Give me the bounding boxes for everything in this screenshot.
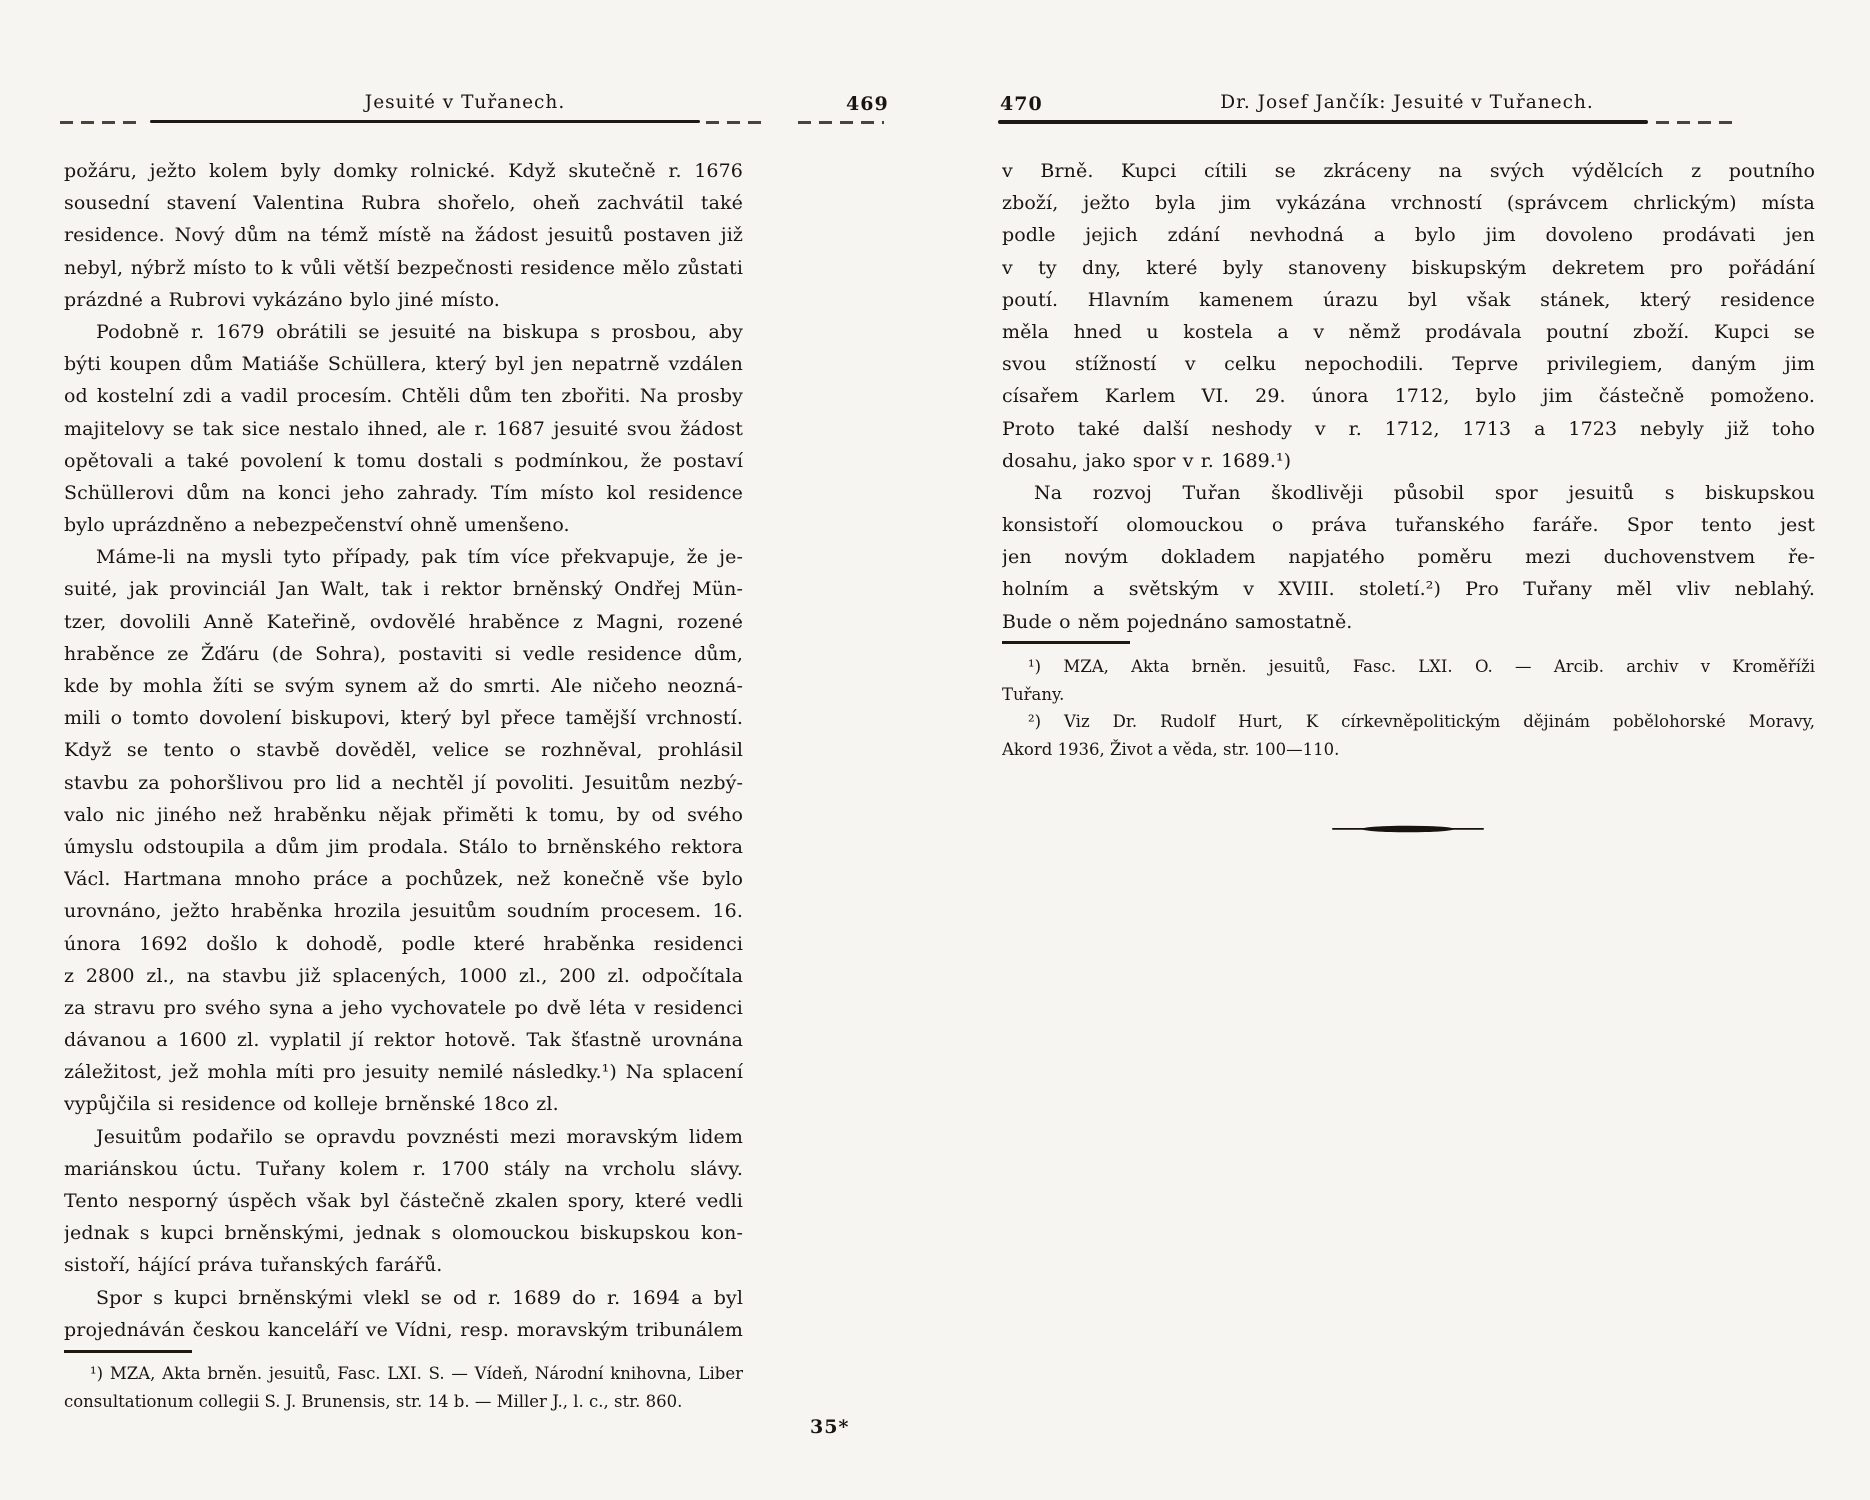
body-text-line: Proto také další neshody v r. 1712, 1713…: [1002, 414, 1815, 446]
section-end-rule: [1332, 824, 1484, 834]
body-text-line: stavbu za pohoršlivou pro lid a nechtěl …: [64, 768, 743, 800]
body-text-line: kde by mohla žíti se svým synem až do sm…: [64, 671, 743, 703]
body-text-line: Podobně r. 1679 obrátili se jesuité na b…: [64, 317, 743, 349]
body-text-line: dosahu, jako spor v r. 1689.¹): [1002, 446, 1815, 478]
right-body-text: v Brně. Kupci cítili se zkráceny na svýc…: [1002, 156, 1815, 639]
left-footnote-separator-rule: [64, 1350, 192, 1353]
body-text-line: valo nic jiného než hraběnku nějak přimě…: [64, 800, 743, 832]
body-text-line: jednak s kupci brněnskými, jednak s olom…: [64, 1218, 743, 1250]
body-text-line: svou stížností v celku nepochodili. Tepr…: [1002, 349, 1815, 381]
body-text-line: Tento nesporný úspěch však byl částečně …: [64, 1186, 743, 1218]
body-text-line: vypůjčila si residence od kolleje brněns…: [64, 1089, 743, 1121]
body-text-line: z 2800 zl., na stavbu již splacených, 10…: [64, 961, 743, 993]
right-page-number: 470: [1000, 93, 1043, 115]
body-text-line: měla hned u kostela a v němž prodávala p…: [1002, 317, 1815, 349]
body-text-line: býti koupen dům Matiáše Schüllera, který…: [64, 349, 743, 381]
left-footnotes: ¹) MZA, Akta brněn. jesuitů, Fasc. LXI. …: [64, 1361, 743, 1416]
body-text-line: Václ. Hartmana mnoho práce a pochůzek, n…: [64, 864, 743, 896]
body-text-line: Máme-li na mysli tyto případy, pak tím v…: [64, 542, 743, 574]
body-text-line: projednáván českou kanceláří ve Vídni, r…: [64, 1315, 743, 1347]
left-body-text: požáru, ježto kolem byly domky rolnické.…: [64, 156, 743, 1347]
body-text-line: prázdné a Rubrovi vykázáno bylo jiné mís…: [64, 285, 743, 317]
body-text-line: Bude o něm pojednáno samostatně.: [1002, 607, 1815, 639]
footnote-line: ¹) MZA, Akta brněn. jesuitů, Fasc. LXI. …: [1002, 654, 1815, 682]
body-text-line: sousední stavení Valentina Rubra shořelo…: [64, 188, 743, 220]
left-running-head-title: Jesuité v Tuřanech.: [240, 92, 690, 113]
body-text-line: Spor s kupci brněnskými vlekl se od r. 1…: [64, 1283, 743, 1315]
body-text-line: sistoří, hájící práva tuřanských farářů.: [64, 1250, 743, 1282]
footnote-line: ²) Viz Dr. Rudolf Hurt, K církevněpoliti…: [1002, 709, 1815, 737]
body-text-line: zboží, ježto byla jim vykázána vrchností…: [1002, 188, 1815, 220]
body-text-line: Na rozvoj Tuřan škodlivěji působil spor …: [1002, 478, 1815, 510]
body-text-line: Jesuitům podařilo se opravdu povznésti m…: [64, 1122, 743, 1154]
left-page-number: 469: [846, 93, 889, 115]
body-text-line: za stravu pro svého syna a jeho vychovat…: [64, 993, 743, 1025]
body-text-line: suité, jak provinciál Jan Walt, tak i re…: [64, 574, 743, 606]
body-text-line: císařem Karlem VI. 29. února 1712, bylo …: [1002, 381, 1815, 413]
right-running-head-title: Dr. Josef Jančík: Jesuité v Tuřanech.: [1100, 92, 1714, 113]
body-text-line: opětovali a také povolení k tomu dostali…: [64, 446, 743, 478]
body-text-line: Když se tento o stavbě dověděl, velice s…: [64, 735, 743, 767]
body-text-line: urovnáno, ježto hraběnka hrozila jesuitů…: [64, 896, 743, 928]
footnote-line: Tuřany.: [1002, 682, 1815, 710]
body-text-line: úmyslu odstoupila a dům jim prodala. Stá…: [64, 832, 743, 864]
right-footnote-separator-rule: [1002, 641, 1130, 644]
body-text-line: holním a světským v XVIII. století.²) Pr…: [1002, 574, 1815, 606]
body-text-line: požáru, ježto kolem byly domky rolnické.…: [64, 156, 743, 188]
footnote-line: Akord 1936, Život a věda, str. 100—110.: [1002, 737, 1815, 765]
body-text-line: jen novým dokladem napjatého poměru mezi…: [1002, 542, 1815, 574]
right-footnotes: ¹) MZA, Akta brněn. jesuitů, Fasc. LXI. …: [1002, 654, 1815, 764]
signature-mark: 35*: [810, 1416, 849, 1438]
body-text-line: hraběnce ze Žďáru (de Sohra), postaviti …: [64, 639, 743, 671]
body-text-line: mariánskou úctu. Tuřany kolem r. 1700 st…: [64, 1154, 743, 1186]
body-text-line: Schüllerovi dům na konci jeho zahrady. T…: [64, 478, 743, 510]
body-text-line: tzer, dovolili Anně Kateřině, ovdovělé h…: [64, 607, 743, 639]
body-text-line: v ty dny, které byly stanoveny biskupský…: [1002, 253, 1815, 285]
book-scan: Jesuité v Tuřanech. 469 požáru, ježto ko…: [0, 0, 1870, 1500]
body-text-line: majitelovy se tak sice nestalo ihned, al…: [64, 414, 743, 446]
body-text-line: bylo uprázdněno a nebezpečenství ohně um…: [64, 510, 743, 542]
body-text-line: záležitost, jež mohla míti pro jesuity n…: [64, 1057, 743, 1089]
body-text-line: residence. Nový dům na témž místě na žád…: [64, 220, 743, 252]
body-text-line: nebyl, nýbrž místo to k vůli větší bezpe…: [64, 253, 743, 285]
body-text-line: dávanou a 1600 zl. vyplatil jí rektor ho…: [64, 1025, 743, 1057]
footnote-line: ¹) MZA, Akta brněn. jesuitů, Fasc. LXI. …: [64, 1361, 743, 1389]
left-header-rule-dash-1: [60, 121, 140, 124]
left-header-rule-dash-2: [706, 121, 764, 124]
body-text-line: v Brně. Kupci cítili se zkráceny na svýc…: [1002, 156, 1815, 188]
body-text-line: podle jejich zdání nevhodná a bylo jim d…: [1002, 220, 1815, 252]
footnote-line: consultationum collegii S. J. Brunensis,…: [64, 1389, 743, 1417]
right-header-rule-dash: [1656, 121, 1740, 124]
body-text-line: února 1692 došlo k dohodě, podle které h…: [64, 929, 743, 961]
body-text-line: mili o tomto dovolení biskupovi, který b…: [64, 703, 743, 735]
body-text-line: poutí. Hlavním kamenem úrazu byl však st…: [1002, 285, 1815, 317]
body-text-line: konsistoří olomouckou o práva tuřanského…: [1002, 510, 1815, 542]
left-header-rule-solid: [150, 120, 700, 123]
left-header-rule-dash-3: [798, 121, 884, 124]
body-text-line: od kostelní zdi a vadil procesím. Chtěli…: [64, 381, 743, 413]
right-header-rule-solid: [998, 120, 1648, 124]
